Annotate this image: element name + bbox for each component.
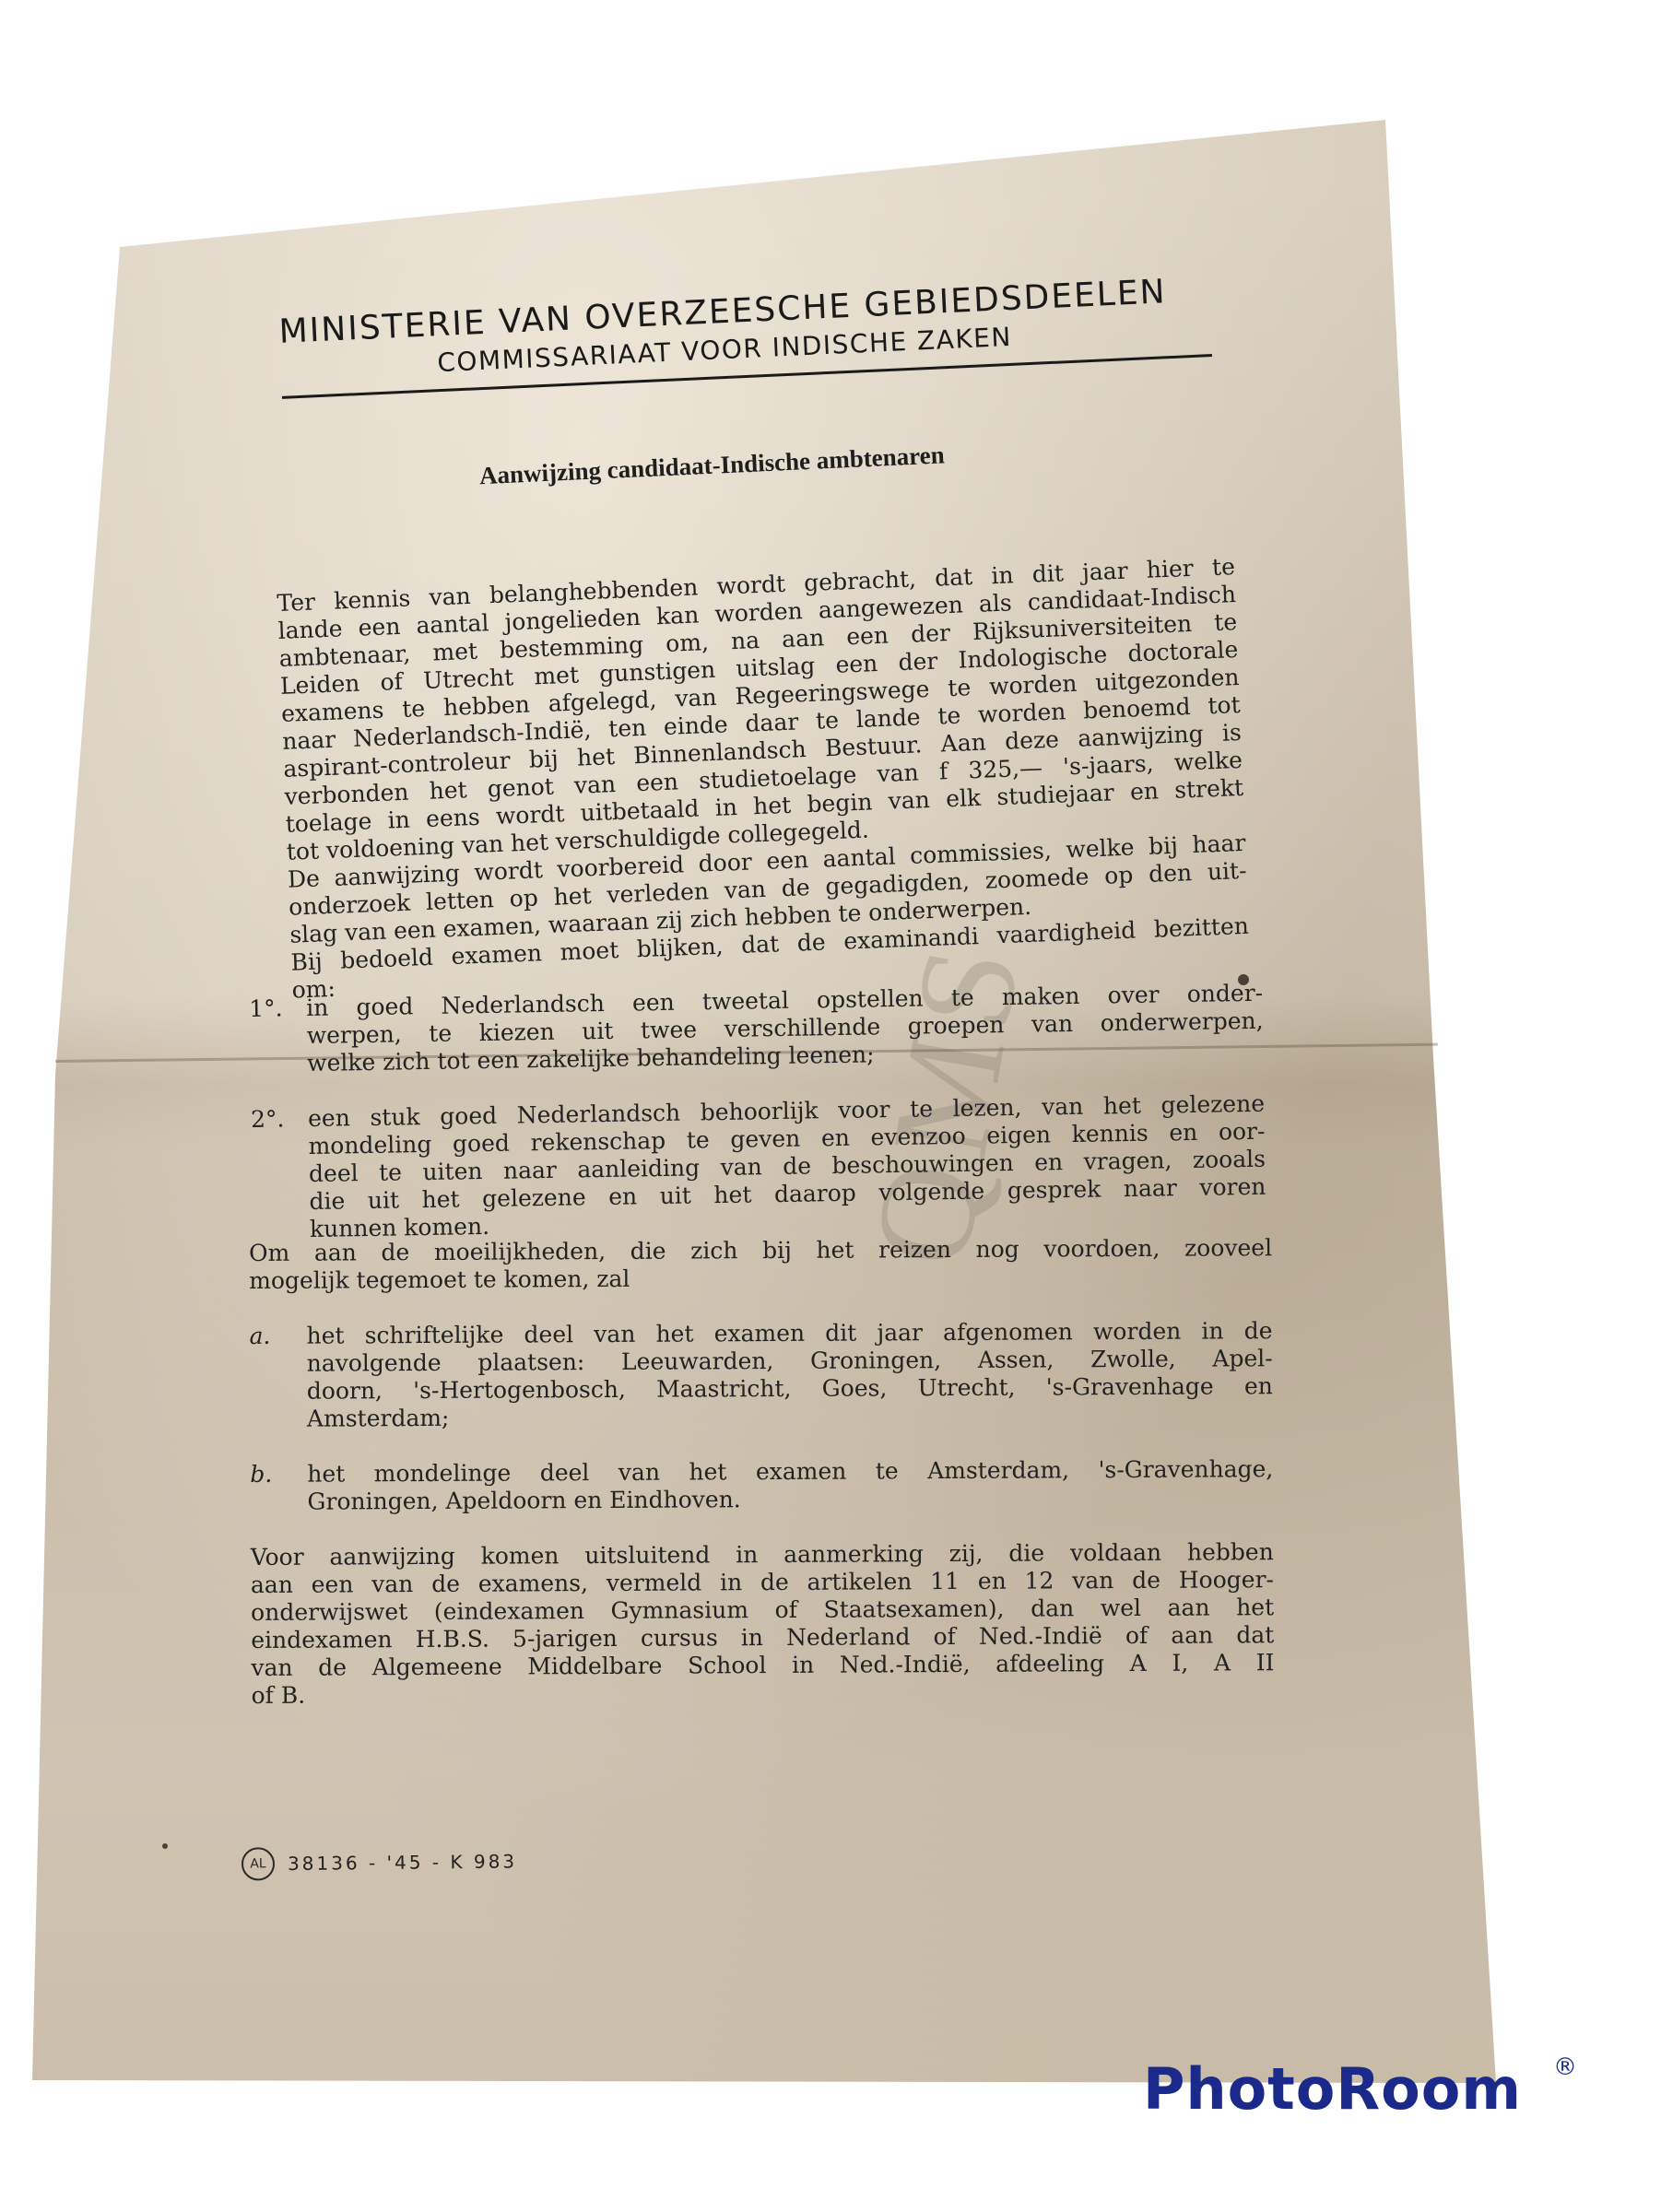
- body-section-upper: Ter kennis van belanghebbenden wordt geb…: [277, 553, 1251, 1005]
- text-line: Groningen, Apeldoorn en Eindhoven.: [307, 1483, 1273, 1515]
- registered-mark: ®: [1553, 2053, 1577, 2081]
- text-line: van de Algemeene Middelbare School in Ne…: [251, 1649, 1274, 1682]
- list-marker: b.: [250, 1461, 307, 1516]
- text-line: Om aan de moeilijkheden, die zich bij he…: [249, 1234, 1272, 1267]
- location-item-a: a. het schriftelijke deel van het examen…: [249, 1317, 1273, 1433]
- intro-paragraph: Ter kennis van belanghebbenden wordt geb…: [277, 553, 1245, 866]
- eligibility-paragraph: Voor aanwijzing komen uitsluitend in aan…: [251, 1538, 1275, 1710]
- list-marker: 2°.: [251, 1105, 310, 1244]
- paper-spot: [162, 1843, 168, 1849]
- printer-logo-icon: AL: [241, 1847, 275, 1880]
- document-sheet: QMS MINISTERIE VAN OVERZEESCHE GEBIEDSDE…: [0, 0, 1661, 2212]
- skill-item-1: 1°. in goed Nederlandsch een tweetal ops…: [249, 980, 1264, 1078]
- text-line: Amsterdam;: [307, 1400, 1273, 1432]
- printer-code: 38136 - '45 - K 983: [288, 1850, 517, 1875]
- letterhead: MINISTERIE VAN OVERZEESCHE GEBIEDSDEELEN…: [277, 232, 1263, 500]
- list-marker: 1°.: [249, 994, 307, 1078]
- text-line: of B.: [252, 1677, 1275, 1710]
- body-section-lower: Om aan de moeilijkheden, die zich bij he…: [249, 1234, 1275, 1710]
- list-marker: a.: [249, 1323, 307, 1433]
- printer-imprint: AL 38136 - '45 - K 983: [241, 1844, 517, 1880]
- text-line: doorn, 's-Hertogenbosch, Maastricht, Goe…: [307, 1372, 1273, 1405]
- skill-item-2: 2°. een stuk goed Nederlandsch behoorlij…: [251, 1090, 1266, 1244]
- text-line: het mondelinge deel van het examen te Am…: [307, 1455, 1273, 1488]
- travel-paragraph: Om aan de moeilijkheden, die zich bij he…: [249, 1234, 1272, 1295]
- photoroom-watermark: PhotoRoom: [1143, 2055, 1522, 2123]
- location-item-b: b. het mondelinge deel van het examen te…: [250, 1455, 1273, 1516]
- skills-list: 1°. in goed Nederlandsch een tweetal ops…: [249, 980, 1266, 1244]
